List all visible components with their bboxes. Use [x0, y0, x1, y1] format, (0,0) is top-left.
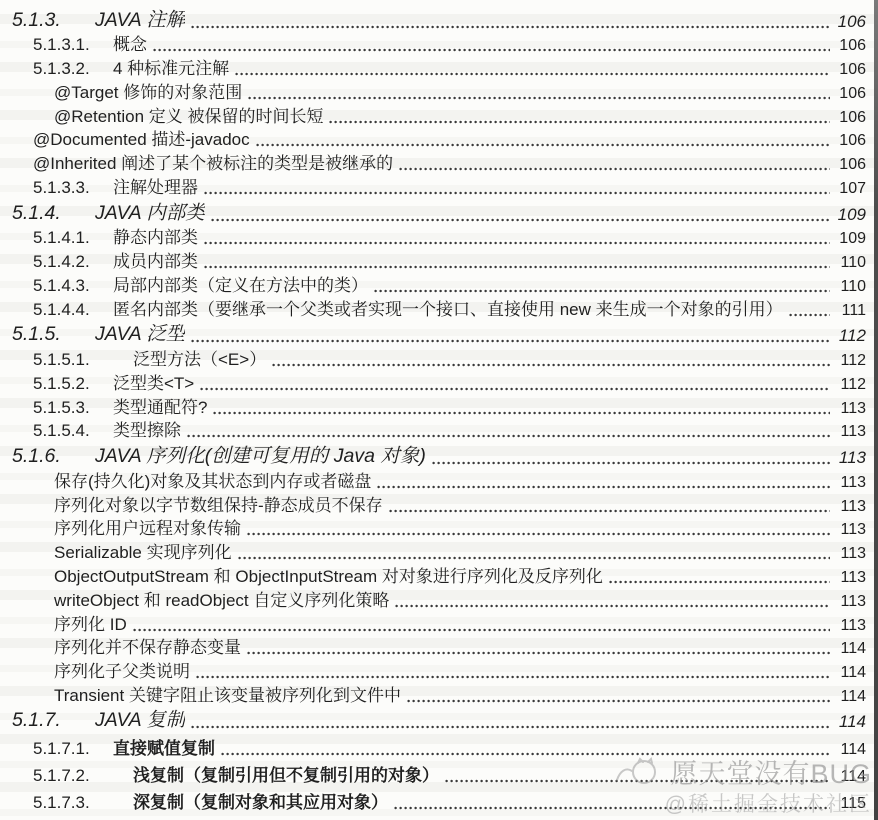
- toc-entry-page: 114: [834, 688, 866, 706]
- toc-entry-title: 深复制（复制对象和其应用对象）: [133, 788, 388, 813]
- toc-entry-page: 113: [834, 569, 866, 587]
- toc-row: 5.1.5.JAVA 泛型112: [0, 320, 878, 347]
- toc-entry-number: 5.1.5.3.: [33, 398, 113, 418]
- dotted-leader: [191, 339, 830, 343]
- toc-row: 5.1.7.1.直接赋值复制114: [0, 732, 878, 759]
- toc-row: 5.1.4.4.匿名内部类（要继承一个父类或者实现一个接口、直接使用 new 来…: [0, 296, 878, 320]
- toc-entry-page: 106: [834, 12, 866, 32]
- dotted-leader: [200, 387, 830, 391]
- toc-row: @Inherited 阐述了某个被标注的类型是被继承的106: [0, 150, 878, 174]
- toc-row: @Documented 描述-javadoc106: [0, 127, 878, 151]
- toc-entry-title: @Documented 描述-javadoc: [33, 125, 250, 150]
- toc-entry-page: 106: [834, 85, 866, 103]
- toc-entry-title: 概念: [113, 30, 147, 55]
- toc-row: writeObject 和 readObject 自定义序列化策略113: [0, 587, 878, 611]
- dotted-leader: [399, 167, 830, 171]
- scan-edge-shadow: [874, 0, 878, 820]
- toc-entry-number: 5.1.6.: [12, 445, 95, 468]
- dotted-leader: [204, 191, 830, 195]
- toc-row: 序列化对象以字节数组保持-静态成员不保存113: [0, 492, 878, 516]
- toc-entry-title: 泛型方法（<E>）: [133, 345, 266, 370]
- toc-entry-title: 类型通配符?: [113, 393, 207, 418]
- toc-row: 5.1.6.JAVA 序列化(创建可复用的 Java 对象)113: [0, 441, 878, 468]
- dotted-leader: [609, 580, 830, 584]
- dotted-leader: [204, 241, 830, 245]
- toc-entry-title: 类型擦除: [113, 416, 181, 441]
- dotted-leader: [374, 289, 830, 293]
- toc-row: 5.1.3.1.概念106: [0, 32, 878, 56]
- toc-entry-number: 5.1.3.2.: [33, 59, 113, 79]
- toc-entry-title: Serializable 实现序列化: [54, 538, 232, 563]
- toc-entry-page: 113: [834, 498, 866, 516]
- toc-entry-title: @Target 修饰的对象范围: [54, 78, 242, 103]
- dotted-leader: [153, 48, 830, 52]
- toc-entry-page: 114: [834, 768, 866, 786]
- toc-entry-title: 静态内部类: [113, 223, 198, 248]
- dotted-leader: [213, 411, 830, 415]
- dotted-leader: [221, 752, 830, 756]
- toc-row: 5.1.4.3.局部内部类（定义在方法中的类）110: [0, 272, 878, 296]
- dotted-leader: [407, 699, 830, 703]
- toc-entry-page: 112: [834, 326, 866, 346]
- dotted-leader: [238, 556, 830, 560]
- toc-entry-page: 109: [834, 230, 866, 248]
- toc-row: 保存(持久化)对象及其状态到内存或者磁盘113: [0, 468, 878, 492]
- dotted-leader: [256, 143, 830, 147]
- toc-entry-page: 114: [834, 712, 866, 732]
- toc-entry-page: 110: [834, 278, 866, 296]
- toc-page: 5.1.3.JAVA 注解1065.1.3.1.概念1065.1.3.2.4 种…: [0, 0, 878, 820]
- toc-row: 序列化子父类说明114: [0, 658, 878, 682]
- toc-row: @Target 修饰的对象范围106: [0, 79, 878, 103]
- toc-entry-number: 5.1.5.1.: [33, 350, 133, 370]
- dotted-leader: [204, 265, 830, 269]
- toc-row: 5.1.3.3.注解处理器107: [0, 174, 878, 198]
- toc-row: 5.1.3.JAVA 注解106: [0, 5, 878, 32]
- toc-entry-number: 5.1.3.1.: [33, 35, 113, 55]
- dotted-leader: [377, 485, 830, 489]
- toc-entry-number: 5.1.7.: [12, 709, 95, 732]
- toc-row: ObjectOutputStream 和 ObjectInputStream 对…: [0, 563, 878, 587]
- toc-row: 5.1.4.1.静态内部类109: [0, 225, 878, 249]
- toc-row: 5.1.7.2.浅复制（复制引用但不复制引用的对象）114: [0, 759, 878, 786]
- toc-row: 5.1.5.3.类型通配符?113: [0, 394, 878, 418]
- toc-entry-page: 113: [834, 545, 866, 563]
- toc-entry-number: 5.1.7.2.: [33, 766, 133, 786]
- dotted-leader: [247, 651, 830, 655]
- toc-row: @Retention 定义 被保留的时间长短106: [0, 103, 878, 127]
- toc-entry-page: 113: [834, 400, 866, 418]
- toc-row: Transient 关键字阻止该变量被序列化到文件中114: [0, 682, 878, 706]
- toc-entry-number: 5.1.3.3.: [33, 178, 113, 198]
- toc-row: 5.1.7.3.深复制（复制对象和其应用对象）115: [0, 786, 878, 813]
- dotted-leader: [272, 363, 830, 367]
- dotted-leader: [445, 779, 830, 783]
- dotted-leader: [247, 532, 830, 536]
- dotted-leader: [187, 434, 830, 438]
- toc-entry-title: 序列化用户远程对象传输: [54, 514, 241, 539]
- toc-row: 序列化并不保存静态变量114: [0, 635, 878, 659]
- dotted-leader: [394, 806, 830, 810]
- toc-entry-number: 5.1.4.1.: [33, 228, 113, 248]
- dotted-leader: [389, 509, 830, 513]
- toc-entry-number: 5.1.5.: [12, 323, 95, 346]
- toc-entry-title: JAVA 内部类: [95, 197, 205, 225]
- dotted-leader: [191, 725, 830, 729]
- dotted-leader: [235, 72, 830, 76]
- toc-entry-title: 浅复制（复制引用但不复制引用的对象）: [133, 761, 439, 786]
- toc-entry-number: 5.1.5.4.: [33, 421, 113, 441]
- toc-entry-page: 113: [834, 448, 866, 468]
- toc-entry-title: JAVA 泛型: [95, 318, 185, 346]
- toc-entry-page: 113: [834, 617, 866, 635]
- toc-entry-title: JAVA 复制: [95, 704, 185, 732]
- dotted-leader: [191, 25, 830, 29]
- toc-entry-number: 5.1.4.2.: [33, 252, 113, 272]
- dotted-leader: [211, 218, 830, 222]
- toc-entry-page: 113: [834, 423, 866, 441]
- toc-entry-number: 5.1.4.: [12, 202, 95, 225]
- toc-entry-page: 110: [834, 254, 866, 272]
- dotted-leader: [432, 461, 830, 465]
- dotted-leader: [196, 675, 830, 679]
- toc-entry-number: 5.1.4.3.: [33, 276, 113, 296]
- toc-entry-page: 106: [834, 156, 866, 174]
- dotted-leader: [133, 628, 830, 632]
- toc-entry-page: 113: [834, 474, 866, 492]
- toc-entry-title: 局部内部类（定义在方法中的类）: [113, 271, 368, 296]
- toc-row: 5.1.5.2.泛型类<T>112: [0, 370, 878, 394]
- toc-entry-page: 114: [834, 640, 866, 658]
- toc-entry-page: 109: [834, 205, 866, 225]
- toc-entry-number: 5.1.7.1.: [33, 739, 113, 759]
- toc-entry-title: JAVA 序列化(创建可复用的 Java 对象): [95, 440, 426, 468]
- toc-entry-number: 5.1.3.: [12, 9, 95, 32]
- toc-entry-title: 成员内部类: [113, 247, 198, 272]
- toc-row: 序列化 ID113: [0, 611, 878, 635]
- toc-entry-page: 111: [834, 302, 866, 320]
- toc-entry-title: 序列化并不保存静态变量: [54, 633, 241, 658]
- toc-entry-page: 106: [834, 109, 866, 127]
- dotted-leader: [789, 313, 830, 317]
- dotted-leader: [329, 120, 830, 124]
- toc-entry-title: @Retention 定义 被保留的时间长短: [54, 102, 323, 127]
- toc-entry-page: 106: [834, 61, 866, 79]
- toc-entry-title: 序列化对象以字节数组保持-静态成员不保存: [54, 491, 383, 516]
- toc-row: 5.1.3.2.4 种标准元注解106: [0, 55, 878, 79]
- toc-entry-page: 106: [834, 132, 866, 150]
- toc-entry-title: writeObject 和 readObject 自定义序列化策略: [54, 586, 389, 611]
- toc-entry-page: 112: [834, 376, 866, 394]
- toc-row: 5.1.5.1.泛型方法（<E>）112: [0, 346, 878, 370]
- toc-entry-title: 序列化 ID: [54, 610, 127, 635]
- toc-entry-page: 114: [834, 664, 866, 682]
- toc-entry-title: 4 种标准元注解: [113, 54, 229, 79]
- toc-entry-title: Transient 关键字阻止该变量被序列化到文件中: [54, 681, 401, 706]
- dotted-leader: [395, 604, 830, 608]
- toc-list: 5.1.3.JAVA 注解1065.1.3.1.概念1065.1.3.2.4 种…: [0, 0, 878, 813]
- toc-entry-page: 115: [834, 795, 866, 813]
- toc-entry-title: JAVA 注解: [95, 4, 185, 32]
- toc-entry-title: @Inherited 阐述了某个被标注的类型是被继承的: [33, 149, 393, 174]
- toc-entry-title: 泛型类<T>: [113, 369, 194, 394]
- toc-row: 序列化用户远程对象传输113: [0, 516, 878, 540]
- toc-entry-page: 112: [834, 352, 866, 370]
- toc-entry-number: 5.1.5.2.: [33, 374, 113, 394]
- toc-row: Serializable 实现序列化113: [0, 539, 878, 563]
- toc-entry-page: 107: [834, 180, 866, 198]
- toc-entry-title: 序列化子父类说明: [54, 657, 190, 682]
- toc-entry-title: 注解处理器: [113, 173, 198, 198]
- toc-row: 5.1.4.2.成员内部类110: [0, 248, 878, 272]
- toc-entry-title: 直接赋值复制: [113, 734, 215, 759]
- toc-entry-title: ObjectOutputStream 和 ObjectInputStream 对…: [54, 562, 603, 587]
- toc-entry-title: 匿名内部类（要继承一个父类或者实现一个接口、直接使用 new 来生成一个对象的引…: [113, 295, 783, 320]
- toc-entry-page: 106: [834, 37, 866, 55]
- toc-row: 5.1.4.JAVA 内部类109: [0, 198, 878, 225]
- toc-entry-page: 113: [834, 593, 866, 611]
- toc-entry-page: 113: [834, 521, 866, 539]
- toc-row: 5.1.7.JAVA 复制114: [0, 706, 878, 733]
- toc-entry-number: 5.1.4.4.: [33, 300, 113, 320]
- dotted-leader: [248, 96, 830, 100]
- toc-entry-number: 5.1.7.3.: [33, 793, 133, 813]
- toc-entry-title: 保存(持久化)对象及其状态到内存或者磁盘: [54, 467, 371, 492]
- toc-entry-page: 114: [834, 741, 866, 759]
- toc-row: 5.1.5.4.类型擦除113: [0, 418, 878, 442]
